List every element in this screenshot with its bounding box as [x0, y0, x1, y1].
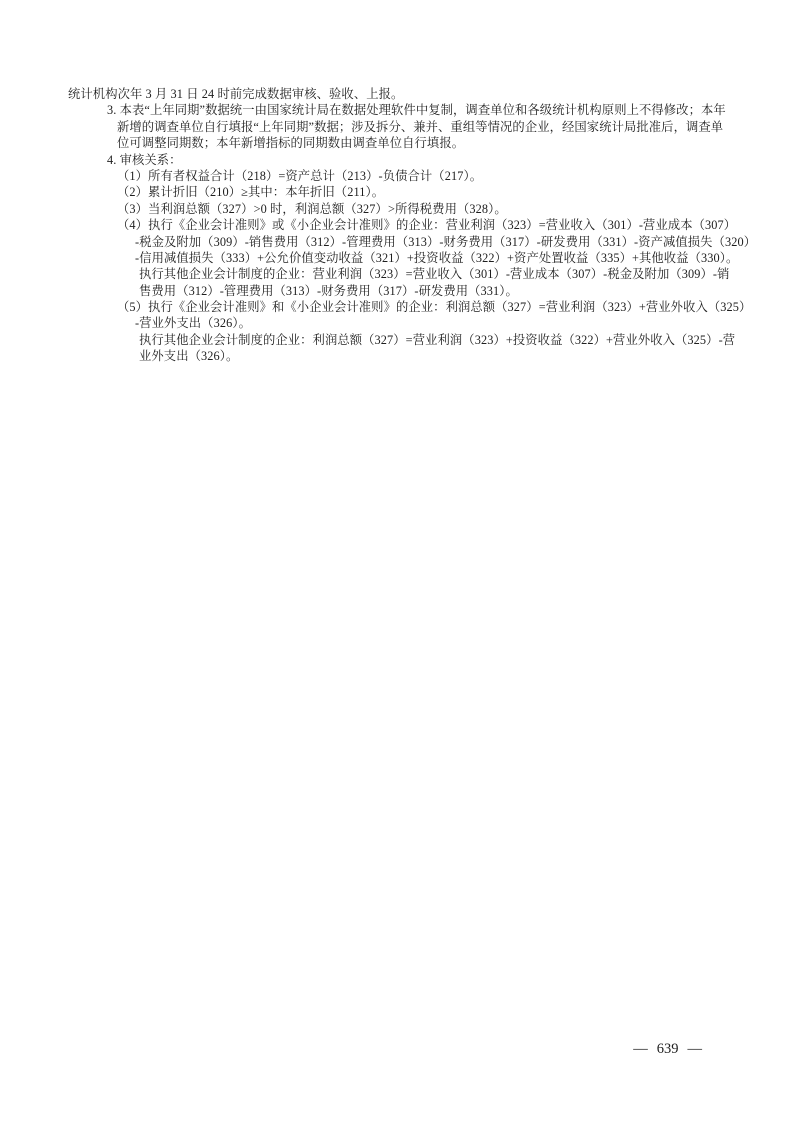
- page-footer: — 639 —: [633, 1040, 702, 1058]
- text-line: -信用减值损失（333）+公允价值变动收益（321）+投资收益（322）+资产处…: [68, 250, 730, 266]
- text-line: 统计机构次年 3 月 31 日 24 时前完成数据审核、验收、上报。: [68, 86, 730, 102]
- text-line-item-4: 4. 审核关系：: [68, 152, 730, 168]
- folio-dash-right: —: [688, 1040, 703, 1058]
- folio-dash-left: —: [633, 1040, 648, 1058]
- text-line-rule-2: （2）累计折旧（210）≥其中：本年折旧（211）。: [68, 184, 730, 200]
- document-page: 统计机构次年 3 月 31 日 24 时前完成数据审核、验收、上报。 3. 本表…: [0, 0, 793, 1122]
- text-line: 位可调整同期数；本年新增指标的同期数由调查单位自行填报。: [68, 135, 730, 151]
- text-line: 执行其他企业会计制度的企业：利润总额（327）=营业利润（323）+投资收益（3…: [68, 332, 730, 348]
- text-line-item-3: 3. 本表“上年同期”数据统一由国家统计局在数据处理软件中复制，调查单位和各级统…: [68, 102, 730, 118]
- text-line-rule-5: （5）执行《企业会计准则》和《小企业会计准则》的企业：利润总额（327）=营业利…: [68, 299, 730, 315]
- instructions-text-block: 统计机构次年 3 月 31 日 24 时前完成数据审核、验收、上报。 3. 本表…: [68, 86, 730, 365]
- text-line: -营业外支出（326）。: [68, 315, 730, 331]
- text-line: 业外支出（326）。: [68, 348, 730, 364]
- text-line: 售费用（312）-管理费用（313）-财务费用（317）-研发费用（331）。: [68, 283, 730, 299]
- text-line: 新增的调查单位自行填报“上年同期”数据；涉及拆分、兼并、重组等情况的企业，经国家…: [68, 119, 730, 135]
- text-line: 执行其他企业会计制度的企业：营业利润（323）=营业收入（301）-营业成本（3…: [68, 266, 730, 282]
- text-line-rule-3: （3）当利润总额（327）>0 时，利润总额（327）>所得税费用（328）。: [68, 201, 730, 217]
- page-number: 639: [657, 1040, 679, 1058]
- text-line-rule-1: （1）所有者权益合计（218）=资产总计（213）-负债合计（217）。: [68, 168, 730, 184]
- text-line-rule-4: （4）执行《企业会计准则》或《小企业会计准则》的企业：营业利润（323）=营业收…: [68, 217, 730, 233]
- text-line: -税金及附加（309）-销售费用（312）-管理费用（313）-财务费用（317…: [68, 234, 730, 250]
